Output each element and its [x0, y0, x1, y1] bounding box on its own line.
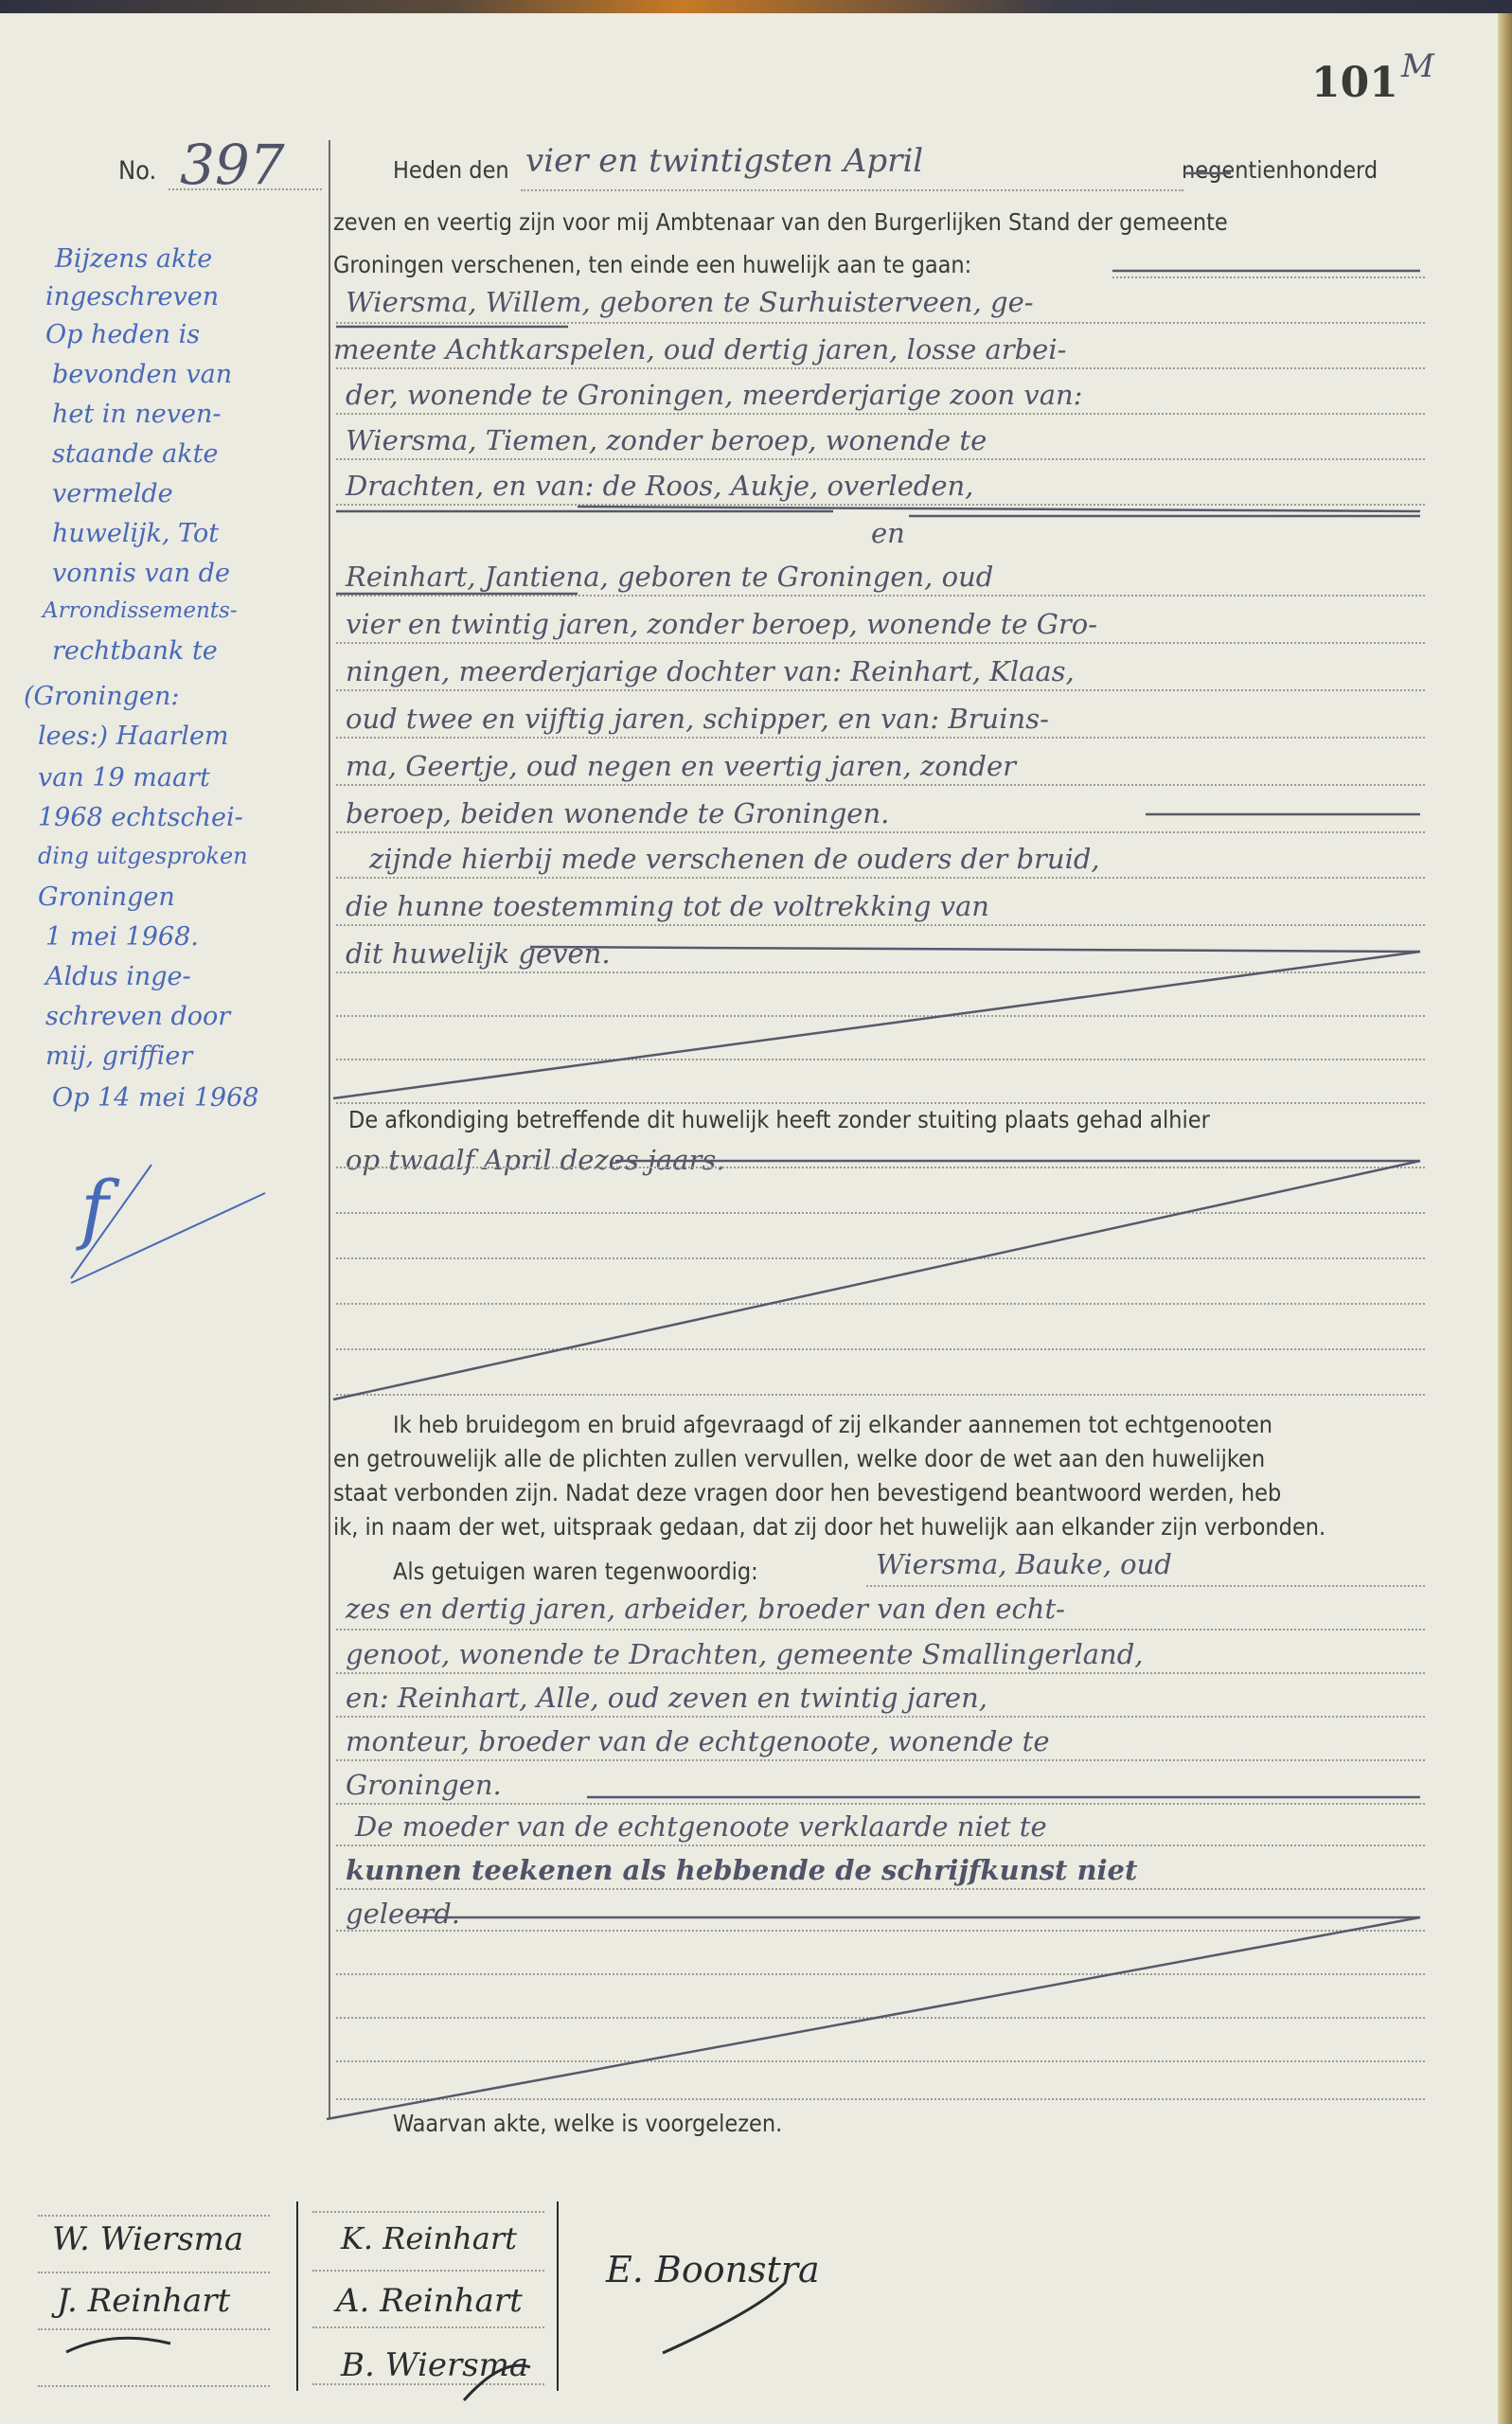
pen-strokes — [0, 0, 1512, 2424]
